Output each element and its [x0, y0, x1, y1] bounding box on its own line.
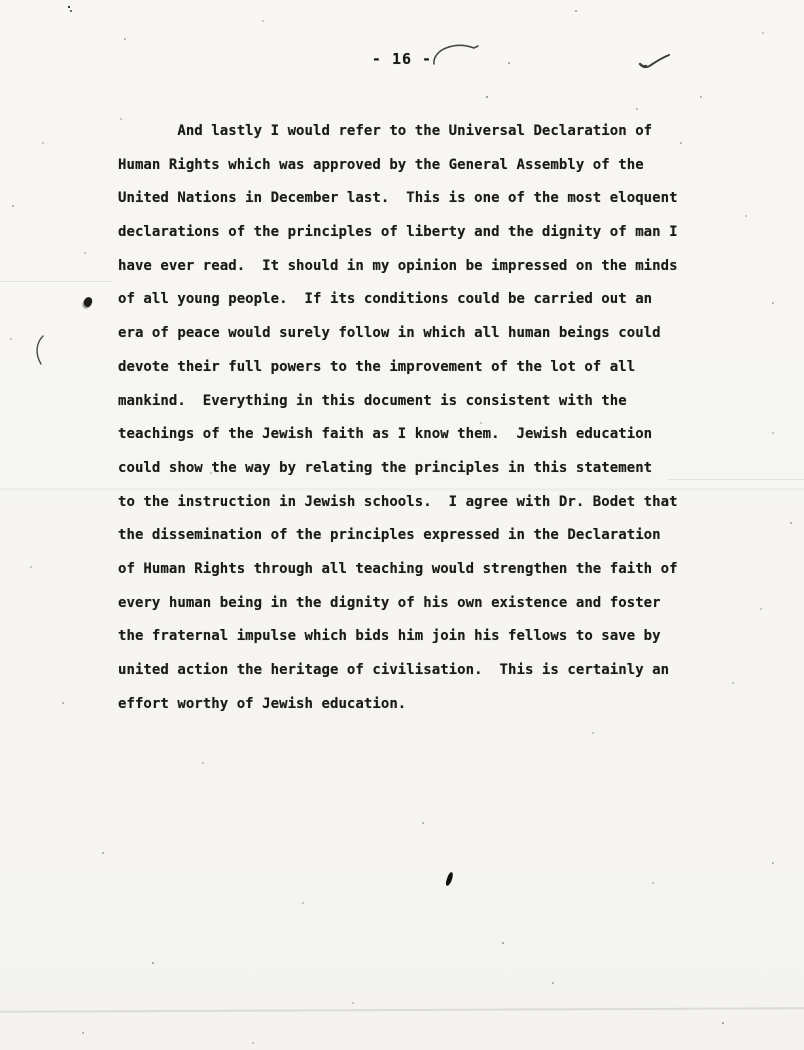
scan-streak — [0, 1007, 804, 1013]
typed-line: United Nations in December last. This is… — [118, 182, 718, 216]
typed-line: to the instruction in Jewish schools. I … — [118, 486, 718, 520]
pen-squiggle-mark — [430, 40, 482, 72]
typed-line: era of peace would surely follow in whic… — [118, 317, 718, 351]
typed-line: of Human Rights through all teaching wou… — [118, 553, 718, 587]
typed-paragraph: And lastly I would refer to the Universa… — [118, 115, 718, 721]
page-number: - 16 - — [0, 50, 804, 68]
typed-line: declarations of the principles of libert… — [118, 216, 718, 250]
typed-line: could show the way by relating the princ… — [118, 452, 718, 486]
typed-line: And lastly I would refer to the Universa… — [118, 115, 718, 149]
ink-tick-mark — [445, 872, 455, 886]
stray-paren-mark — [32, 334, 46, 370]
typed-line: of all young people. If its conditions c… — [118, 283, 718, 317]
typed-line: mankind. Everything in this document is … — [118, 385, 718, 419]
typed-line: every human being in the dignity of his … — [118, 587, 718, 621]
typed-line: united action the heritage of civilisati… — [118, 654, 718, 688]
typed-line: the dissemination of the principles expr… — [118, 519, 718, 553]
scanned-document-page: - 16 - And lastly I would refer to the U… — [0, 0, 804, 1050]
typed-line: have ever read. It should in my opinion … — [118, 250, 718, 284]
typed-line: effort worthy of Jewish education. — [118, 688, 718, 722]
scan-streak — [0, 281, 112, 282]
pen-tick-mark — [638, 52, 672, 76]
ink-blot-mark — [83, 296, 93, 308]
scan-noise-specks — [0, 0, 2, 2]
typed-line: the fraternal impulse which bids him joi… — [118, 620, 718, 654]
typed-line: Human Rights which was approved by the G… — [118, 149, 718, 183]
typed-line: teachings of the Jewish faith as I know … — [118, 418, 718, 452]
typed-line: devote their full powers to the improvem… — [118, 351, 718, 385]
